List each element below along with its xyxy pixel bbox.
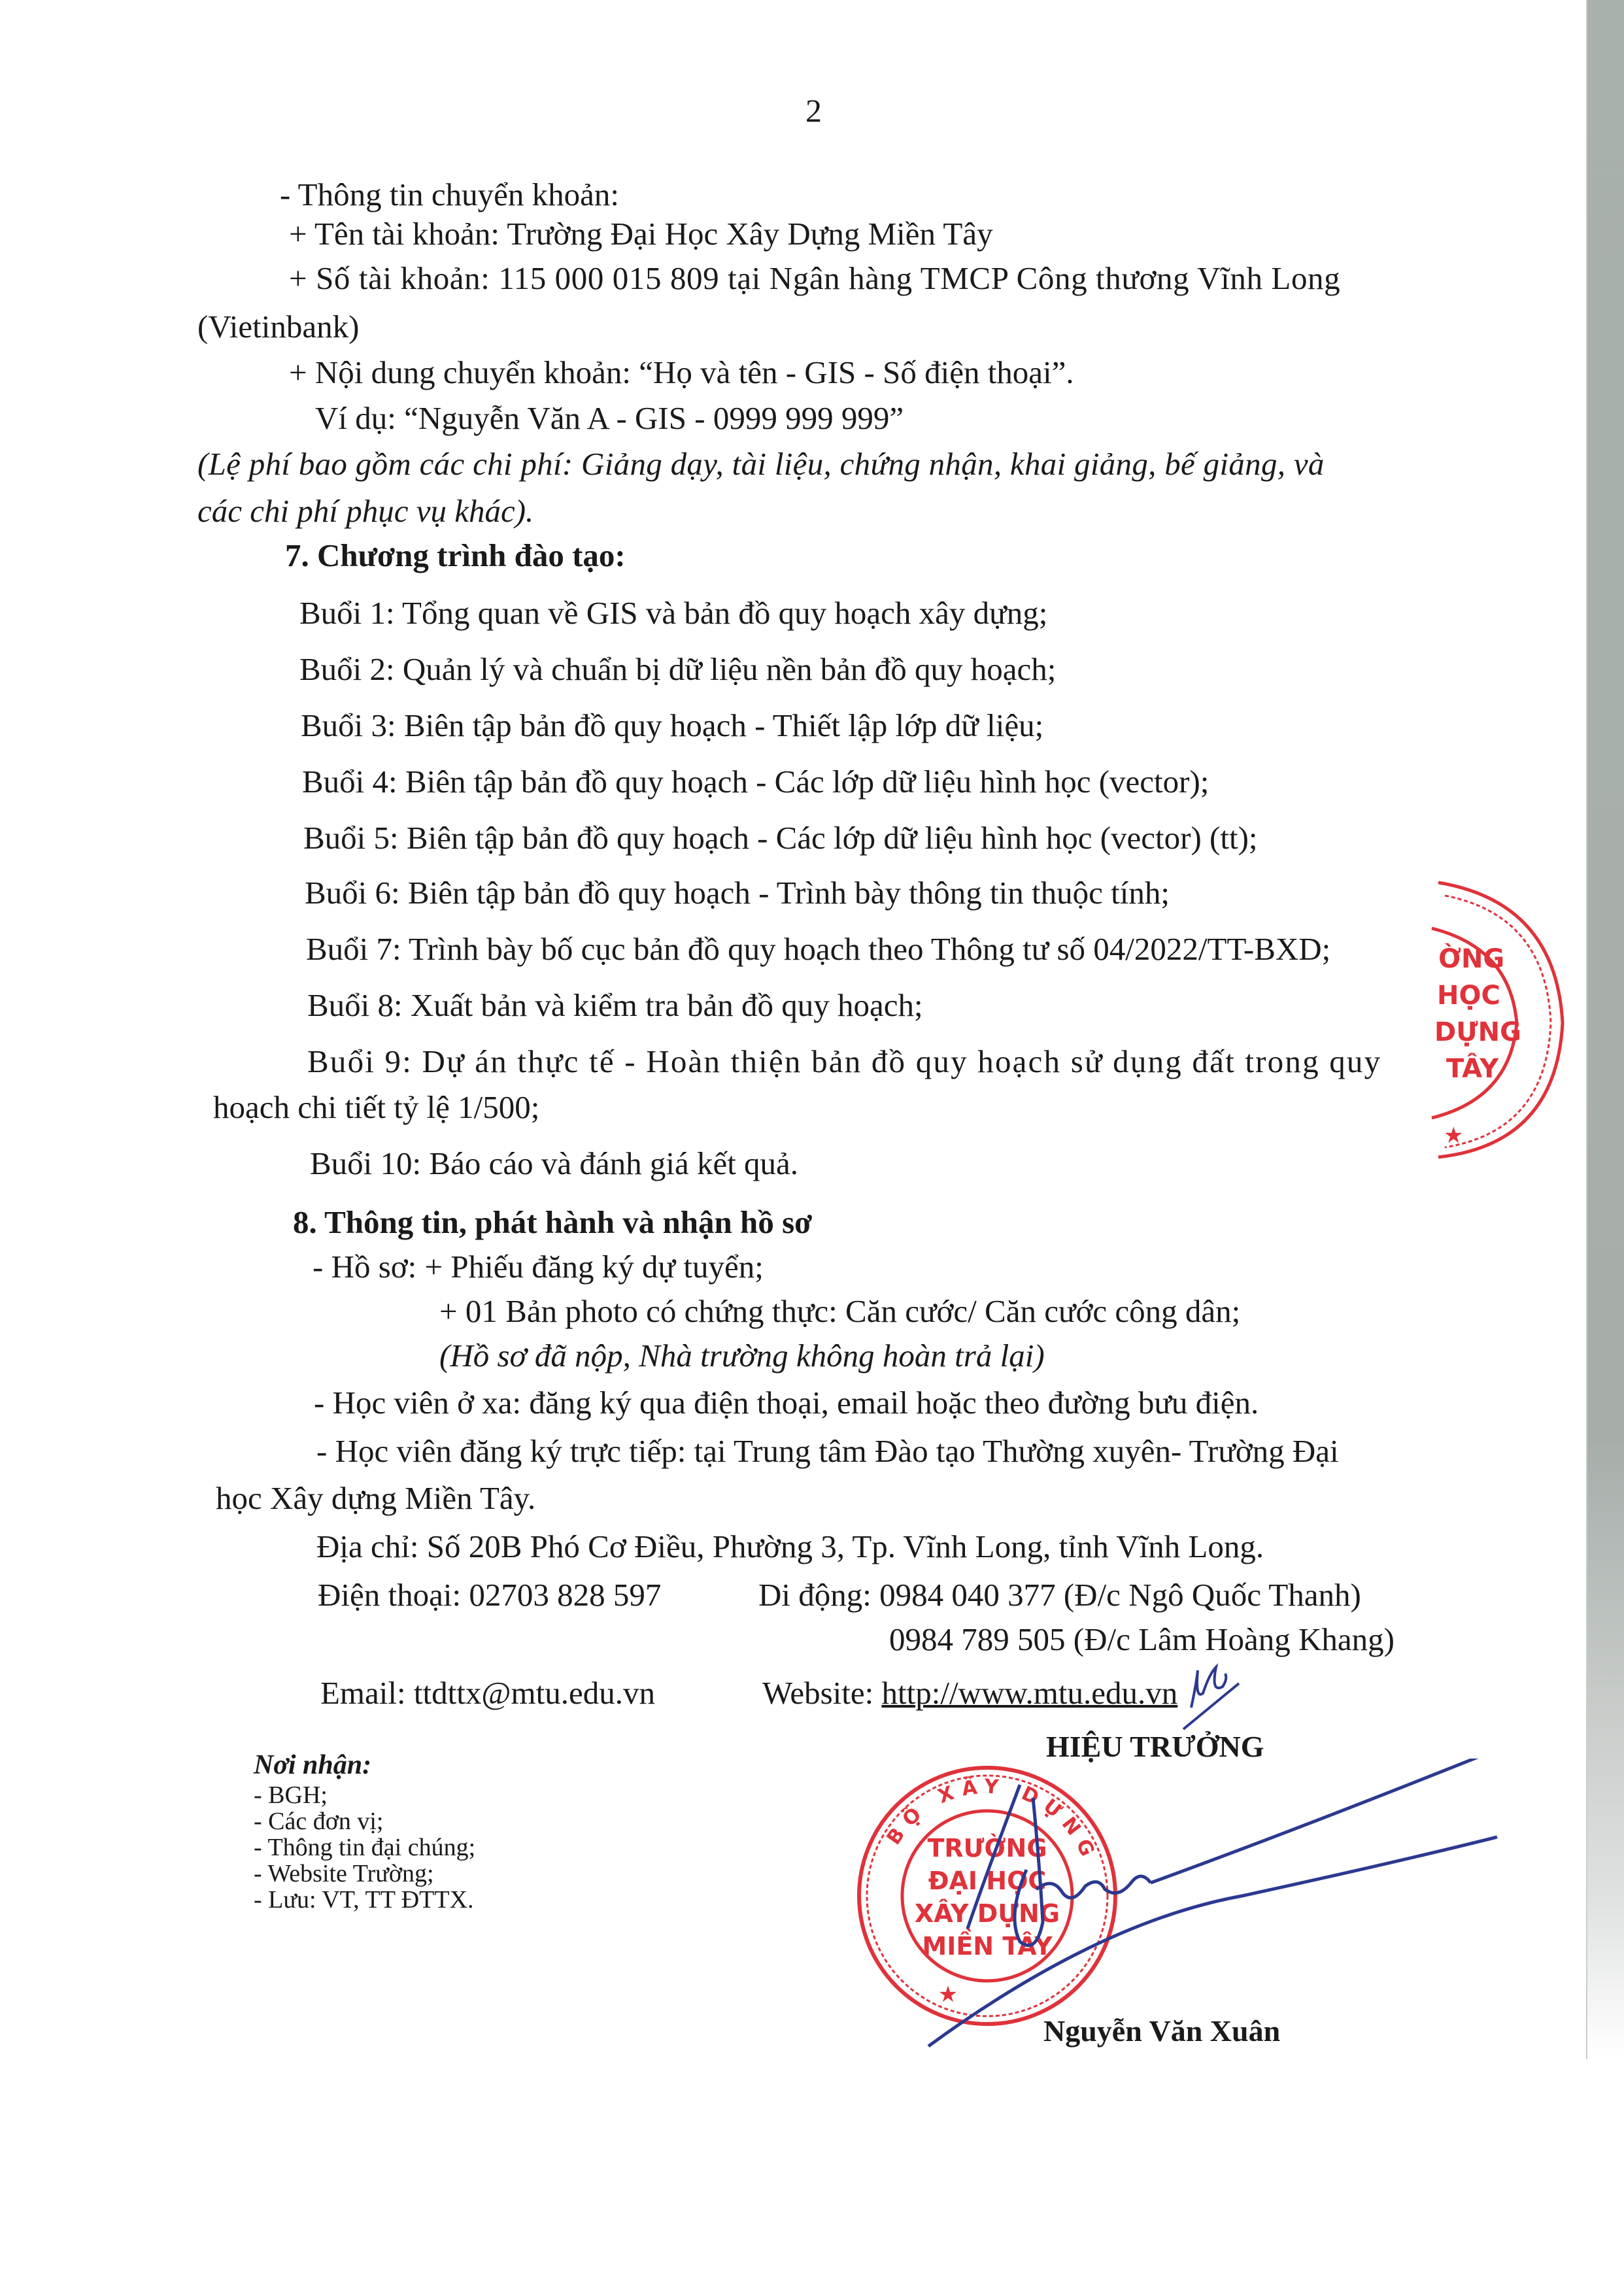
account-number: + Số tài khoản: 115 000 015 809 tại Ngân… bbox=[289, 259, 1340, 298]
website-link[interactable]: http://www.mtu.edu.vn bbox=[881, 1675, 1177, 1711]
session-10: Buổi 10: Báo cáo và đánh giá kết quả. bbox=[310, 1144, 798, 1183]
svg-text:ỜNG: ỜNG bbox=[1438, 943, 1504, 974]
svg-text:DỰNG: DỰNG bbox=[1434, 1017, 1521, 1047]
svg-text:TÂY: TÂY bbox=[1446, 1053, 1499, 1084]
address: Địa chỉ: Số 20B Phó Cơ Điều, Phường 3, T… bbox=[316, 1527, 1264, 1566]
initials-signature bbox=[1177, 1647, 1255, 1732]
svg-text:★: ★ bbox=[1444, 1122, 1463, 1149]
direct-registration-line1: - Học viên đăng ký trực tiếp: tại Trung … bbox=[316, 1432, 1339, 1471]
recipient-item: - Thông tin đại chúng; bbox=[254, 1834, 475, 1861]
session-3: Buổi 3: Biên tập bản đồ quy hoạch - Thiế… bbox=[301, 706, 1043, 745]
transfer-content: + Nội dung chuyển khoản: “Họ và tên - GI… bbox=[289, 353, 1074, 392]
scan-shadow-edge bbox=[1586, 0, 1624, 2059]
recipient-item: - Các đơn vị; bbox=[254, 1808, 475, 1834]
section7-heading: 7. Chương trình đào tạo: bbox=[285, 536, 626, 575]
signer-name: Nguyễn Văn Xuân bbox=[1043, 2014, 1280, 2048]
section8-heading: 8. Thông tin, phát hành và nhận hồ sơ bbox=[293, 1203, 812, 1242]
phone: Điện thoại: 02703 828 597 bbox=[318, 1576, 661, 1615]
direct-registration-line2: học Xây dựng Miền Tây. bbox=[216, 1479, 535, 1518]
email: Email: ttdttx@mtu.edu.vn bbox=[320, 1674, 655, 1713]
transfer-example: Ví dụ: “Nguyễn Văn A - GIS - 0999 999 99… bbox=[315, 399, 904, 438]
fee-note-line2: các chi phí phục vụ khác). bbox=[197, 492, 533, 531]
website: Website: http://www.mtu.edu.vn bbox=[762, 1674, 1177, 1713]
account-name: + Tên tài khoản: Trường Đại Học Xây Dựng… bbox=[289, 214, 993, 254]
session-5: Buổi 5: Biên tập bản đồ quy hoạch - Các … bbox=[303, 818, 1258, 858]
partial-stamp: ỜNG HỌC DỰNG TÂY ★ bbox=[1425, 876, 1582, 1170]
fee-note-line1: (Lệ phí bao gồm các chi phí: Giảng dạy, … bbox=[197, 445, 1325, 484]
session-9-cont: hoạch chi tiết tỷ lệ 1/500; bbox=[213, 1088, 539, 1127]
dossier-note: (Hồ sơ đã nộp, Nhà trường không hoàn trả… bbox=[439, 1336, 1045, 1375]
dossier-line2: + 01 Bản photo có chứng thực: Căn cước/ … bbox=[439, 1292, 1240, 1331]
website-label: Website: bbox=[762, 1675, 881, 1711]
mobile-1: Di động: 0984 040 377 (Đ/c Ngô Quốc Than… bbox=[758, 1576, 1361, 1615]
recipient-item: - BGH; bbox=[254, 1782, 475, 1808]
recipient-item: - Website Trường; bbox=[254, 1861, 475, 1887]
session-9: Buổi 9: Dự án thực tế - Hoàn thiện bản đ… bbox=[307, 1042, 1381, 1081]
recipient-item: - Lưu: VT, TT ĐTTX. bbox=[254, 1887, 475, 1913]
transfer-heading: - Thông tin chuyển khoản: bbox=[280, 175, 619, 214]
account-bank: (Vietinbank) bbox=[197, 307, 359, 346]
session-8: Buổi 8: Xuất bản và kiểm tra bản đồ quy … bbox=[307, 986, 923, 1025]
dossier-line1: - Hồ sơ: + Phiếu đăng ký dự tuyển; bbox=[313, 1247, 764, 1287]
session-2: Buổi 2: Quản lý và chuẩn bị dữ liệu nền … bbox=[299, 650, 1056, 689]
session-6: Buổi 6: Biên tập bản đồ quy hoạch - Trìn… bbox=[305, 873, 1170, 913]
mobile-2: 0984 789 505 (Đ/c Lâm Hoàng Khang) bbox=[889, 1620, 1395, 1659]
remote-registration: - Học viên ở xa: đăng ký qua điện thoại,… bbox=[314, 1383, 1259, 1423]
svg-text:HỌC: HỌC bbox=[1437, 981, 1500, 1011]
page-number: 2 bbox=[805, 92, 822, 129]
session-7: Buổi 7: Trình bày bố cục bản đồ quy hoạc… bbox=[306, 930, 1330, 969]
recipients-block: Nơi nhận: - BGH; - Các đơn vị; - Thông t… bbox=[254, 1752, 475, 1913]
session-4: Buổi 4: Biên tập bản đồ quy hoạch - Các … bbox=[302, 762, 1209, 801]
session-1: Buổi 1: Tổng quan về GIS và bản đồ quy h… bbox=[299, 594, 1047, 633]
recipients-heading: Nơi nhận: bbox=[254, 1752, 475, 1778]
